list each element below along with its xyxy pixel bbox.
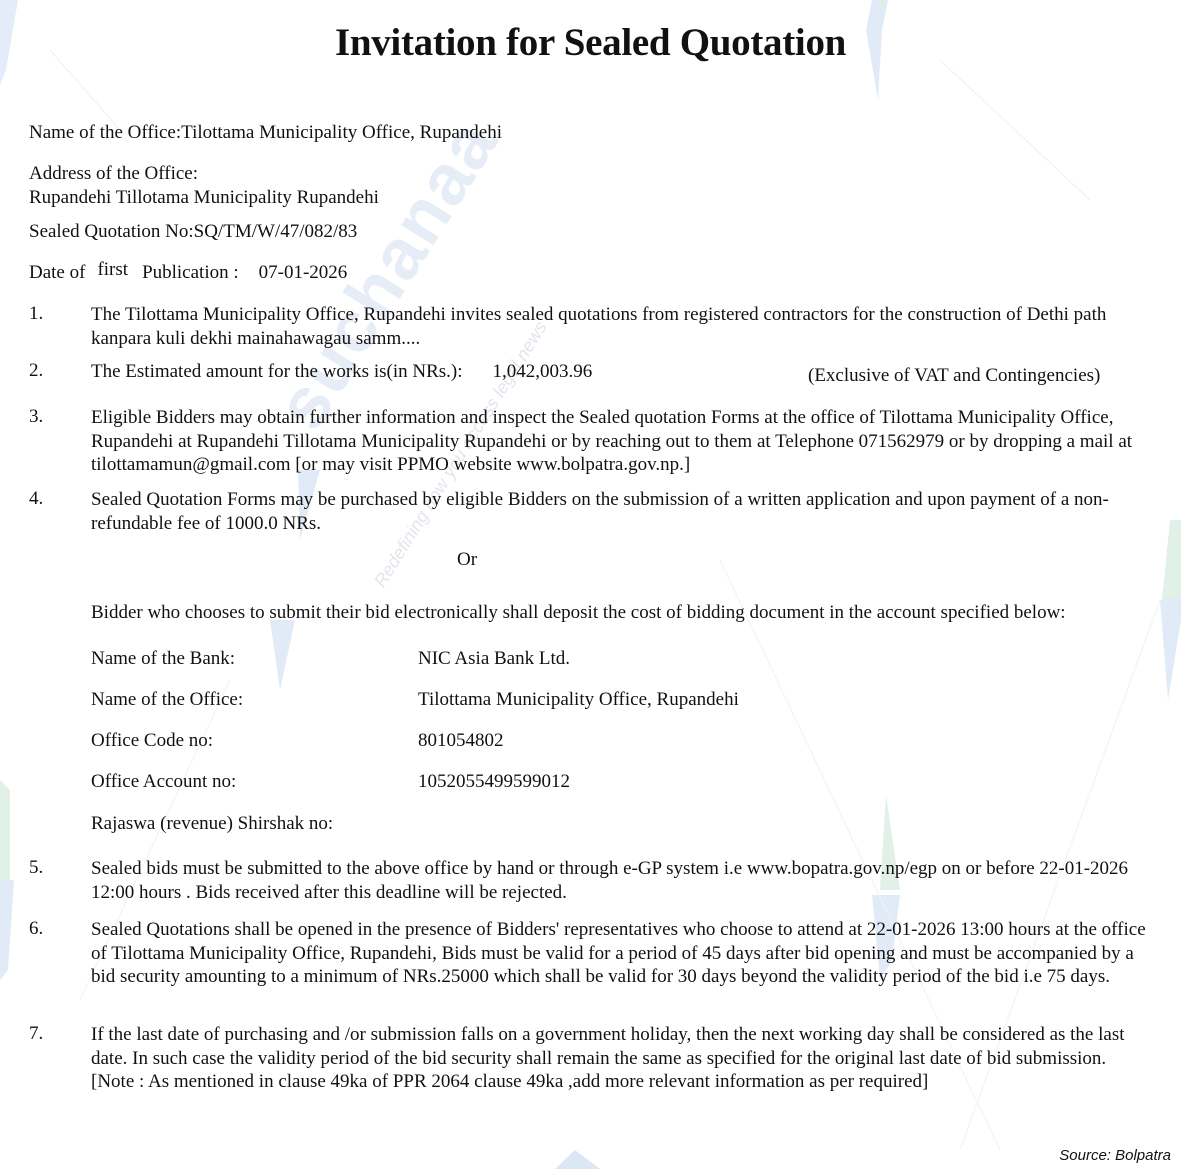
document: Invitation for Sealed Quotation Name of … bbox=[0, 0, 1181, 1169]
publication-date-row: Date offirstPublication :07-01-2026 bbox=[29, 262, 347, 284]
quotation-no: SQ/TM/W/47/082/83 bbox=[194, 221, 358, 242]
clause-number: 7. bbox=[29, 1023, 43, 1045]
amount-note: (Exclusive of VAT and Contingencies) bbox=[808, 365, 1100, 387]
clause-7-body: If the last date of purchasing and /or s… bbox=[91, 1023, 1156, 1094]
quotation-no-row: Sealed Quotation No:SQ/TM/W/47/082/83 bbox=[29, 221, 357, 243]
account-no-label: Office Account no: bbox=[91, 771, 236, 793]
clause-text: Sealed Quotations shall be opened in the… bbox=[91, 918, 1156, 989]
bank-office-label: Name of the Office: bbox=[91, 689, 243, 711]
account-no-value: 1052055499599012 bbox=[418, 771, 570, 793]
revenue-shirshak-label: Rajaswa (revenue) Shirshak no: bbox=[91, 813, 333, 835]
clause-number: 1. bbox=[29, 303, 43, 325]
quotation-no-label: Sealed Quotation No: bbox=[29, 221, 194, 242]
clause-number: 6. bbox=[29, 918, 43, 940]
clause-text: Sealed bids must be submitted to the abo… bbox=[91, 857, 1156, 904]
electronic-intro: Bidder who chooses to submit their bid e… bbox=[91, 601, 1156, 625]
clause-text: The Tilottama Municipality Office, Rupan… bbox=[91, 303, 1156, 350]
bank-name-value: NIC Asia Bank Ltd. bbox=[418, 648, 570, 670]
clause-text: If the last date of purchasing and /or s… bbox=[91, 1023, 1156, 1070]
estimated-amount: 1,042,003.96 bbox=[493, 361, 593, 382]
office-code-label: Office Code no: bbox=[91, 730, 213, 752]
clause-note: [Note : As mentioned in clause 49ka of P… bbox=[91, 1070, 1156, 1094]
date-label-2: first bbox=[97, 259, 128, 280]
clause-number: 4. bbox=[29, 488, 43, 510]
date-label-1: Date of bbox=[29, 262, 85, 283]
address-label: Address of the Office: bbox=[29, 163, 198, 185]
clause-text: Eligible Bidders may obtain further info… bbox=[91, 406, 1156, 477]
office-name: Tilottama Municipality Office, Rupandehi bbox=[181, 122, 502, 143]
source-credit: Source: Bolpatra bbox=[1059, 1147, 1171, 1164]
office-name-label: Name of the Office: bbox=[29, 122, 181, 143]
clause-number: 3. bbox=[29, 406, 43, 428]
clause-number: 2. bbox=[29, 360, 43, 382]
address-value: Rupandehi Tillotama Municipality Rupande… bbox=[29, 187, 379, 209]
or-separator: Or bbox=[457, 549, 477, 571]
publication-date: 07-01-2026 bbox=[259, 262, 348, 283]
office-code-value: 801054802 bbox=[418, 730, 504, 752]
clause-text: Sealed Quotation Forms may be purchased … bbox=[91, 488, 1156, 535]
clause-number: 5. bbox=[29, 857, 43, 879]
bank-office-value: Tilottama Municipality Office, Rupandehi bbox=[418, 689, 739, 711]
clause-text: The Estimated amount for the works is(in… bbox=[91, 361, 463, 382]
bank-name-label: Name of the Bank: bbox=[91, 648, 235, 670]
office-name-row: Name of the Office:Tilottama Municipalit… bbox=[29, 122, 502, 144]
date-label-3: Publication : bbox=[142, 262, 239, 283]
page-title: Invitation for Sealed Quotation bbox=[0, 20, 1181, 65]
